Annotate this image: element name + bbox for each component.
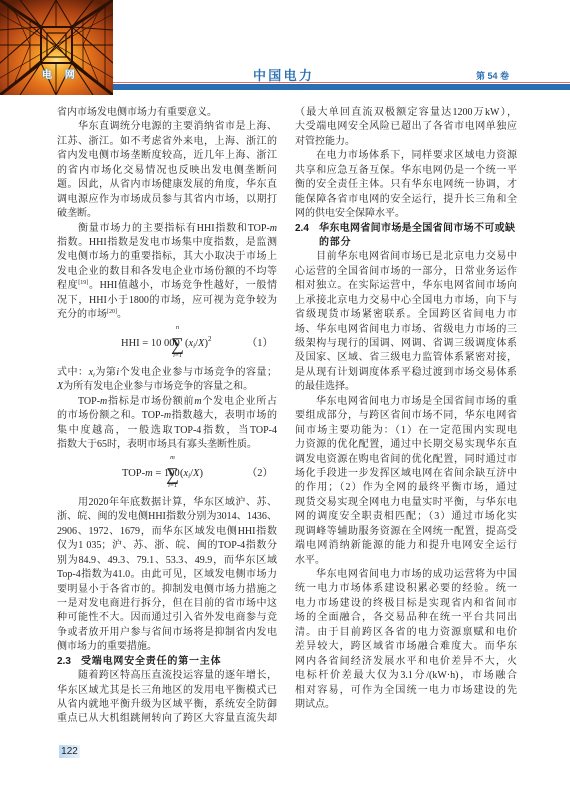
paragraph: 省内市场发电侧市场力有重要意义。 <box>57 106 277 120</box>
page-number: 122 <box>59 745 80 758</box>
text-line: 现调峰等辅助服务资源在全网统一配置，提高受 <box>295 525 517 539</box>
text-line: 要组成部分，与跨区省间市场不同，华东电网省 <box>295 409 517 423</box>
text-line: 水平。 <box>295 554 517 568</box>
equation-top-m: TOP-m = 100 m ∑ i=1 (xi/X) （2） <box>57 453 277 496</box>
text-line: 差异较大，跨区域省市场融合难度大。而华东 <box>295 640 517 654</box>
paragraph: 华东电网省间电力市场的成功运营将为中国 统一电力市场体系建设积累必要的经验。统一… <box>295 568 517 712</box>
text-line: （最大单回直流双极额定容量达1200万kW）， <box>295 106 517 120</box>
section-title: 华东电网省间市场是全国省间市场不可或缺 <box>319 222 515 236</box>
text-line: 心运营的全国省间市场的一部分，日常业务运作 <box>295 265 517 279</box>
sum-lower-limit: i=1 <box>171 352 184 360</box>
paragraph: 目前华东电网省间市场已是北京电力交易中 心运营的全国省间市场的一部分，日常业务运… <box>295 250 517 394</box>
text-line: X为所有发电企业参与市场竞争的容量之和。 <box>57 380 277 394</box>
header-rule-red <box>113 82 570 83</box>
text-segment: 程度 <box>57 280 78 291</box>
section-heading-line: 2.4华东电网省间市场是全国省间市场不可或缺 <box>295 222 517 236</box>
text-segment: 个发电企业所占 <box>202 396 277 407</box>
text-line: 网的调度安全职责相匹配；（3）通过市场化实 <box>295 510 517 524</box>
text-line: 上承接北京电力交易中心全国电力市场，向下与 <box>295 294 517 308</box>
text-line: 侧市场力的重要措施。 <box>57 640 277 654</box>
text-line: 衡的安全责任主体。只有华东电网统一协调，才 <box>295 178 517 192</box>
text-line: 省级现货市场紧密联系。全国跨区省间电力市 <box>295 308 517 322</box>
paragraph: 衡量市场力的主要指标有HHI指数和TOP-m 指数。HHI指数是发电市场集中度指… <box>57 222 277 323</box>
section-number: 2.4 <box>295 222 319 236</box>
italic-variable: m <box>194 396 201 407</box>
text-line: 是从现有计划调度体系平稳过渡到市场交易体系 <box>295 366 517 380</box>
text-line: 指数。HHI指数是发电市场集中度指数，是监测 <box>57 236 277 250</box>
sum-start: =1 <box>170 482 177 489</box>
text-segment: TOP- <box>78 396 100 407</box>
section-label: 电 网 <box>42 66 80 81</box>
text-line: 及国家、区域、省三级电力监管体系紧密对接， <box>295 351 517 365</box>
text-line: 调电源应作为市场成员参与其省内市场，以期打 <box>57 193 277 207</box>
text-line: Top-4指数为41.0。由此可见，区域发电侧市场力 <box>57 568 277 582</box>
left-column: 省内市场发电侧市场力有重要意义。 华东直调统分电源的主要消纳省市是上海、 江苏、… <box>57 106 277 727</box>
text-line: 场、华东电网省间电力市场、省级电力市场的三 <box>295 323 517 337</box>
text-line: 间市场主要功能为：（1）在一定范围内实现电 <box>295 424 517 438</box>
equation-lhs-name: HHI <box>121 338 140 349</box>
text-line: 2906、1972、1679，而华东区域发电侧HHI指数 <box>57 525 277 539</box>
text-line: 式中：xi为第i个发电企业参与市场竞争的容量； <box>57 366 277 380</box>
paragraph: 在电力市场体系下，同样要求区域电力资源 共享和应急互备互保。华东电网仍是一个统一… <box>295 149 517 221</box>
text-line: 浙、皖、闽的发电侧HHI指数分别为3014、1436、 <box>57 510 277 524</box>
paragraph: 用2020年年底数据计算，华东区域沪、苏、 浙、皖、闽的发电侧HHI指数分别为3… <box>57 496 277 655</box>
right-column: （最大单回直流双极额定容量达1200万kW）， 大受端电网安全风险已超出了各省市… <box>295 106 517 712</box>
text-segment: 式中： <box>57 367 89 378</box>
text-line: 相对容易，可作为全国统一电力市场建设的先 <box>295 684 517 698</box>
text-line: 场的全面融合，各交易品种在统一平台共同出 <box>295 611 517 625</box>
text-line: 级架构与现行的国调、网调、省调三级调度体系 <box>295 337 517 351</box>
text-line: TOP-m指标是市场份额前m个发电企业所占 <box>57 395 277 409</box>
text-line: 重点已从大机组跳闸转向了跨区大容量直流失却 <box>57 712 277 726</box>
sigma-icon: ∑ <box>171 334 184 354</box>
text-line: 争或者放开用户参与省间市场将是抑制省内发电 <box>57 626 277 640</box>
equation-lhs-variable: m <box>145 468 153 479</box>
equals-sign: = <box>153 468 164 479</box>
text-line: 省内发电侧市场垄断度较高，近几年上海、浙江 <box>57 149 277 163</box>
text-line: 从省内就地平衡升级为区域平衡，系统安全防御 <box>57 698 277 712</box>
equals-sign: = <box>140 338 151 349</box>
text-line: 程度[19]。HHI值越小，市场竞争性越好，一般情 <box>57 279 277 293</box>
italic-variable: m <box>270 223 277 234</box>
text-line: 集中度越高，一般选取TOP-4指数，当TOP-4 <box>57 424 277 438</box>
text-line: 江苏、浙江。如不考虑省外来电，上海、浙江的 <box>57 135 277 149</box>
text-segment: 指标是市场份额前 <box>107 396 194 407</box>
text-line: 华东电网省间电力市场是全国省间市场的重 <box>295 395 517 409</box>
header-rule-blue <box>113 84 570 90</box>
paragraph: （最大单回直流双极额定容量达1200万kW）， 大受端电网安全风险已超出了各省市… <box>295 106 517 149</box>
text-line: 电标杆价差最大仅为3.1分/(kW·h)，市场融合 <box>295 669 517 683</box>
section-heading-2-4: 2.4华东电网省间市场是全国省间市场不可或缺 的部分 <box>295 222 517 251</box>
text-line: 要明显小于各省市的。抑制发电侧市场力措施之 <box>57 583 277 597</box>
sigma-icon: ∑ <box>166 464 179 484</box>
paragraph: 随着跨区特高压直流投运容量的逐年增长， 华东区域尤其是长三角地区的发用电平衡模式… <box>57 669 277 727</box>
text-line: 况下，HHI小于1800的市场，应可视为竞争较为 <box>57 294 277 308</box>
text-line: 相对独立。在实际运营中，华东电网省间市场向 <box>295 279 517 293</box>
summation: m ∑ i=1 <box>166 453 179 496</box>
text-line: 场化手段进一步发挥区域电网在省间余缺互济中 <box>295 467 517 481</box>
text-line: 充分的市场[20]。 <box>57 308 277 322</box>
text-line: 仅为1 035；沪、苏、浙、皖、闽的TOP-4指数分 <box>57 539 277 553</box>
text-line: 随着跨区特高压直流投运容量的逐年增长， <box>57 669 277 683</box>
text-segment: 。HHI值越小，市场竞争性越好，一般情 <box>88 280 277 291</box>
text-segment: 指数越大，表明市场的 <box>171 410 277 421</box>
text-line: 种可能性不大。因而通过引入省外发电商参与竞 <box>57 611 277 625</box>
text-line: 指数大于65时，表明市场具有寡头垄断性质。 <box>57 438 277 452</box>
text-line: 电力市场建设的终极目标是实现省内和省间市 <box>295 597 517 611</box>
text-line: 的市场份额之和。TOP-m指数越大，表明市场的 <box>57 409 277 423</box>
sum-start: =1 <box>175 352 182 359</box>
text-line: 能保障各省市电网的安全运行，提升长三角和全 <box>295 193 517 207</box>
text-line: 题。因此，从省内市场健康发展的角度，华东直 <box>57 178 277 192</box>
text-line: 衡量市场力的主要指标有HHI指数和TOP-m <box>57 222 277 236</box>
sum-lower-limit: i=1 <box>166 482 179 490</box>
text-line: 的最佳选择。 <box>295 380 517 394</box>
text-line: 一是对发电商进行拆分，但在目前的省市场中这 <box>57 597 277 611</box>
section-heading-2-3: 2.3受端电网安全责任的第一主体 <box>57 655 277 669</box>
text-line: 统一电力市场体系建设积累必要的经验。统一 <box>295 582 517 596</box>
paragraph: 华东电网省间电力市场是全国省间市场的重 要组成部分，与跨区省间市场不同，华东电网… <box>295 395 517 568</box>
text-line: 的作用；（2）作为全网的最终平衡市场，通过 <box>295 481 517 495</box>
text-line: 发电企业的数目和各发电企业市场份额的不均等 <box>57 265 277 279</box>
text-line: 网的供电安全保障水平。 <box>295 207 517 221</box>
summation: n ∑ i=1 <box>171 323 184 366</box>
text-segment: 的市场份额之和。TOP- <box>57 410 164 421</box>
paragraph: TOP-m指标是市场份额前m个发电企业所占 的市场份额之和。TOP-m指数越大，… <box>57 395 277 453</box>
citation-reference[interactable]: [20] <box>107 309 117 315</box>
sum-upper-limit: n <box>171 324 184 332</box>
section-heading-line: 的部分 <box>295 236 517 250</box>
paragraph: 式中：xi为第i个发电企业参与市场竞争的容量； X为所有发电企业参与市场竞争的容… <box>57 366 277 395</box>
text-line: 省内市场发电侧市场力有重要意义。 <box>57 106 277 120</box>
section-title: 受端电网安全责任的第一主体 <box>81 656 221 667</box>
text-line: 的省内市场化交易情况也反映出发电侧垄断问 <box>57 164 277 178</box>
volume-number: 第 54 卷 <box>476 69 509 82</box>
equation-hhi: HHI = 10 000 n ∑ i=1 (xi/X)2 （1） <box>57 323 277 366</box>
equation-number: （1） <box>247 337 273 351</box>
text-segment: 衡量市场力的主要指标有HHI指数和TOP- <box>78 223 270 234</box>
text-line: 力资源的优化配置，通过中长期交易实现华东直 <box>295 438 517 452</box>
equation-term: (xi/X)2 <box>185 337 211 351</box>
sum-upper-limit: m <box>166 454 179 462</box>
text-line: 期试点。 <box>295 698 517 712</box>
equation-lhs-name: TOP- <box>122 468 145 479</box>
text-line: 华东电网省间电力市场的成功运营将为中国 <box>295 568 517 582</box>
exponent: 2 <box>208 335 212 343</box>
text-segment: 为所有发电企业参与市场竞争的容量之和。 <box>63 381 253 392</box>
section-number: 2.3 <box>57 655 81 669</box>
text-line: 在电力市场体系下，同样要求区域电力资源 <box>295 149 517 163</box>
citation-reference[interactable]: [19] <box>78 280 88 286</box>
text-segment: 。 <box>117 309 127 320</box>
text-line: 目前华东电网省间市场已是北京电力交易中 <box>295 250 517 264</box>
text-segment: 个发电企业参与市场竞争的容量； <box>119 367 277 378</box>
text-line: 别为84.9、49.3、79.1、53.3、49.9，而华东区域 <box>57 554 277 568</box>
text-line: 调发电资源在购电省间的优化配置，同时通过市 <box>295 453 517 467</box>
text-line: 现货交易实现全网电力电量实时平衡，与华东电 <box>295 496 517 510</box>
text-line: 共享和应急互备互保。华东电网仍是一个统一平 <box>295 164 517 178</box>
equation-number: （2） <box>247 467 273 481</box>
text-segment: 充分的市场 <box>57 309 107 320</box>
text-line: 破垄断。 <box>57 207 277 221</box>
italic-variable: m <box>164 410 171 421</box>
text-line: 端电网消纳新能源的能力和提升电网安全运行 <box>295 539 517 553</box>
text-segment: 为第 <box>95 367 117 378</box>
text-line: 大受端电网安全风险已超出了各省市电网单独应 <box>295 120 517 134</box>
text-line: 华东直调统分电源的主要消纳省市是上海、 <box>57 120 277 134</box>
paragraph: 华东直调统分电源的主要消纳省市是上海、 江苏、浙江。如不考虑省外来电，上海、浙江… <box>57 120 277 221</box>
equation-term: (xi/X) <box>180 467 203 481</box>
paren-close: ) <box>199 468 203 479</box>
text-line: 对管控能力。 <box>295 135 517 149</box>
text-line: 华东区域尤其是长三角地区的发用电平衡模式已 <box>57 684 277 698</box>
text-line: 发电侧市场力的重要指标，其大小取决于市场上 <box>57 250 277 264</box>
text-line: 网内各省间经济发展水平和电价差异不大，火 <box>295 655 517 669</box>
text-line: 用2020年年底数据计算，华东区域沪、苏、 <box>57 496 277 510</box>
section-title-continued: 的部分 <box>319 237 351 248</box>
text-line: 清。由于目前跨区各省的电力资源禀赋和电价 <box>295 626 517 640</box>
